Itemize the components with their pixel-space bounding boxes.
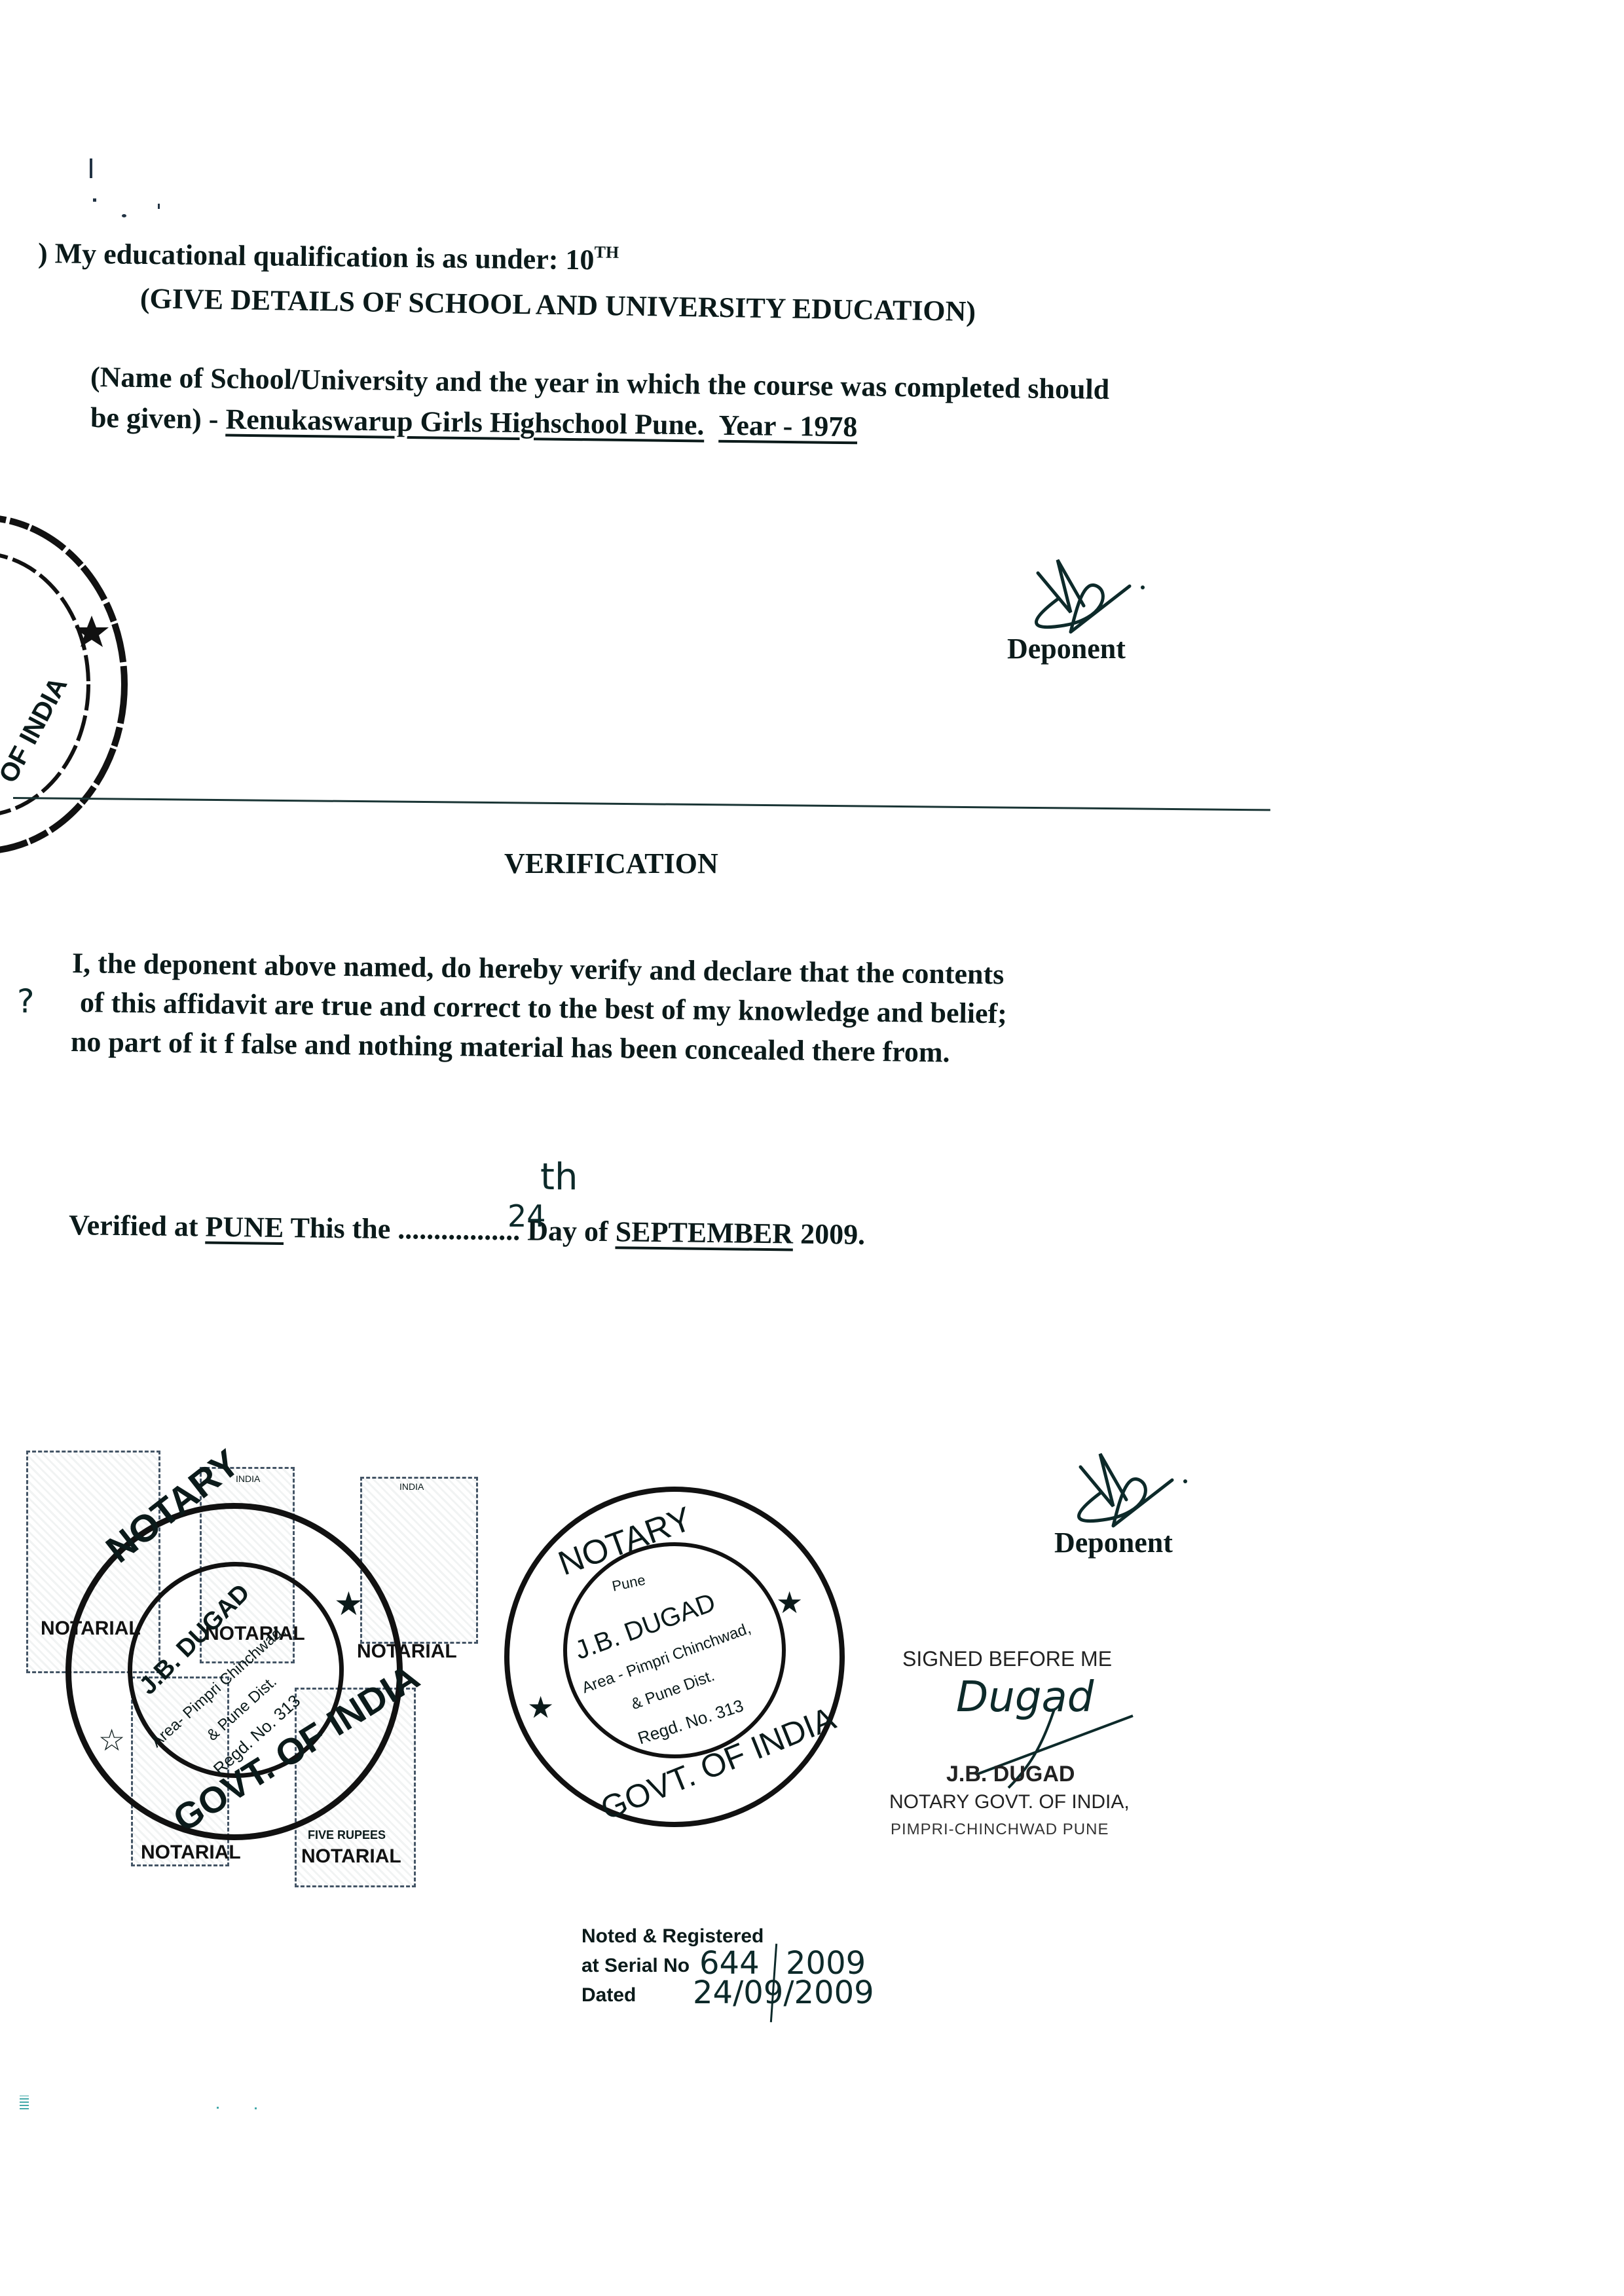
star-icon: ★: [527, 1690, 554, 1725]
deponent-signature-top: [1031, 560, 1143, 639]
left-partial-seal: OF INDIA: [0, 517, 144, 858]
signature-icon: [1074, 1454, 1192, 1532]
day-handwritten: 24: [507, 1198, 546, 1234]
deponent-label-top: Deponent: [1007, 632, 1126, 665]
notary-title: NOTARY GOVT. OF INDIA,: [889, 1791, 1130, 1813]
scan-speck: [158, 204, 160, 209]
scan-speck: [255, 2107, 257, 2109]
verified-prefix: Verified at: [69, 1209, 206, 1243]
note-line2-prefix: be given) -: [90, 401, 226, 435]
day-suffix-handwritten: th: [540, 1156, 578, 1198]
registration-noted: Noted & Registered: [581, 1925, 764, 1948]
revenue-stamp-label: NOTARIAL: [141, 1842, 241, 1864]
scan-speck: [93, 198, 96, 202]
qualification-level-sup: TH: [594, 242, 619, 261]
verified-place: PUNE: [205, 1211, 284, 1244]
verified-month: SEPTEMBER: [615, 1215, 793, 1250]
verification-line3: no part of it f false and nothing materi…: [71, 1025, 950, 1069]
scan-speck: [122, 214, 126, 217]
signature-icon: [1031, 560, 1149, 639]
qualification-note-line2: be given) - Renukaswarup Girls Highschoo…: [90, 401, 858, 443]
verified-year: 2009.: [793, 1218, 866, 1251]
registration-dated-label: Dated: [581, 1984, 636, 2007]
registration-serial-label: at Serial No: [581, 1955, 690, 1977]
star-icon: ☆: [98, 1722, 125, 1758]
dots-before: ........: [397, 1213, 456, 1246]
revenue-stamp-country: INDIA: [399, 1481, 424, 1492]
star-icon: ★: [334, 1585, 363, 1623]
school-name: Renukaswarup Girls Highschool Pune.: [225, 403, 705, 441]
deponent-signature-bottom: [1074, 1454, 1185, 1532]
scan-speck: [90, 158, 92, 178]
deponent-label-bottom: Deponent: [1054, 1526, 1173, 1559]
verification-line1: I, the deponent above named, do hereby v…: [72, 946, 1005, 991]
scan-speck: [20, 2096, 29, 2111]
margin-question-mark: ?: [17, 982, 35, 1020]
verification-heading: VERIFICATION: [504, 847, 718, 880]
notary-name: J.B. DUGAD: [946, 1762, 1075, 1787]
scan-speck: [217, 2107, 219, 2109]
verification-line2: of this affidavit are true and correct t…: [80, 986, 1008, 1030]
section-divider: [13, 797, 1270, 811]
qualification-lead: ) My educational qualification is as und…: [38, 237, 566, 276]
qualification-note-line1: (Name of School/University and the year …: [90, 360, 1110, 406]
revenue-stamp-label: NOTARIAL: [301, 1845, 401, 1868]
qualification-level: 10: [565, 244, 595, 276]
star-icon: ★: [776, 1585, 803, 1620]
verified-at-line: Verified at PUNE This the ..............…: [69, 1208, 866, 1251]
school-year: Year - 1978: [718, 409, 857, 443]
signed-before-me: SIGNED BEFORE ME: [902, 1647, 1112, 1671]
registration-dated-value: 24/09/2009: [693, 1974, 874, 2011]
qualification-line: ) My educational qualification is as und…: [38, 236, 619, 277]
qualification-instruction: (GIVE DETAILS OF SCHOOL AND UNIVERSITY E…: [140, 282, 976, 328]
revenue-stamp-words: FIVE RUPEES: [308, 1828, 386, 1842]
this-the: This the: [284, 1212, 398, 1245]
notary-location: PIMPRI-CHINCHWAD PUNE: [891, 1821, 1109, 1839]
